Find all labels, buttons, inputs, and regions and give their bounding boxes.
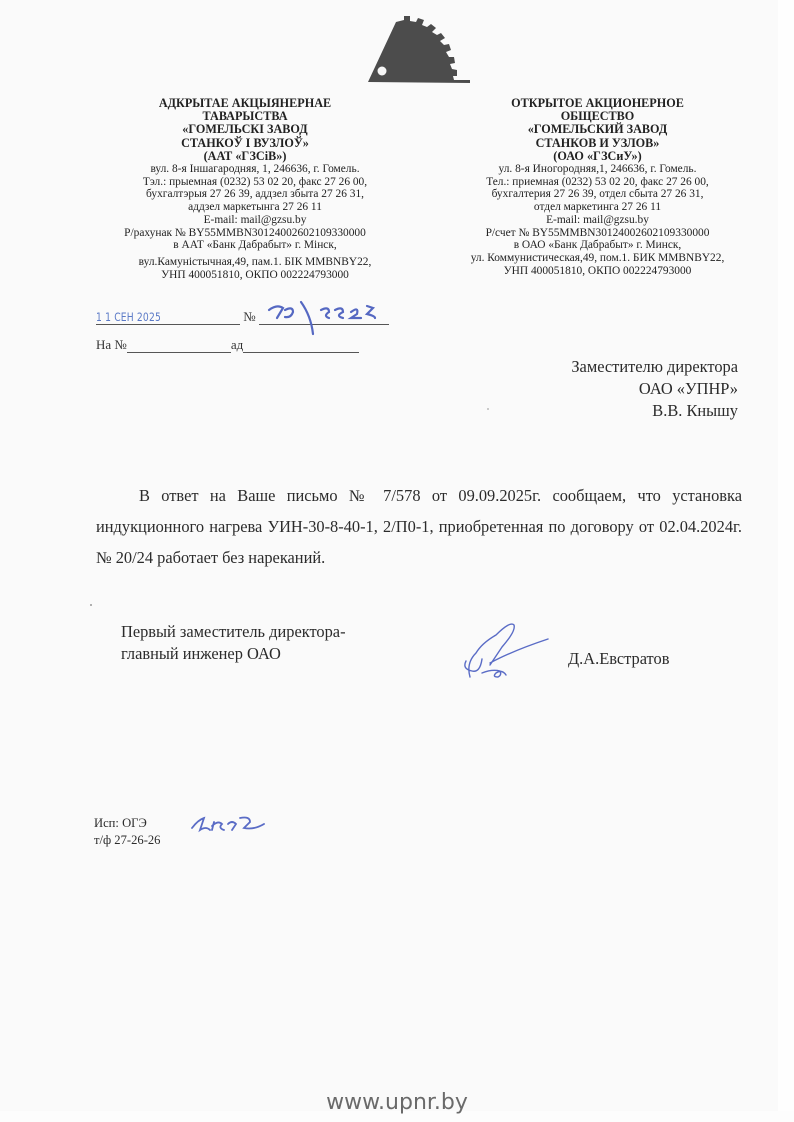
signer-name: Д.А.Евстратов (568, 649, 669, 669)
addressee-block: Заместителю директора ОАО «УПНР» В.В. Кн… (571, 356, 738, 422)
org-bank-address: ул. Коммунистическая,49, пом.1. БИК MMBN… (425, 252, 770, 265)
company-logo-icon (360, 14, 480, 89)
signer-title-line: Первый заместитель директора- (121, 621, 346, 643)
org-ids: УНП 400051810, ОКПО 002224793000 (425, 265, 770, 278)
outgoing-reference: 1 1 СЕН 2025 № (96, 309, 389, 325)
letterhead-russian: ОТКРЫТОЕ АКЦИОНЕРНОЕ ОБЩЕСТВО «ГОМЕЛЬСКИ… (425, 97, 770, 277)
executor-block: Исп: ОГЭ т/ф 27-26-26 (94, 815, 160, 849)
org-abbrev: (ОАО «ГЗСиУ») (425, 150, 770, 163)
org-marketing: отдел маркетинга 27 26 11 (425, 201, 770, 214)
executor-department: Исп: ОГЭ (94, 815, 160, 832)
reply-to-label: На № (96, 337, 127, 352)
handwritten-signature-icon (452, 613, 562, 683)
org-name-line: СТАНКОВ И УЗЛОВ» (425, 137, 770, 150)
org-bank: в ОАО «Банк Дабрабыт» г. Минск, (425, 239, 770, 252)
org-phone: Тел.: приемная (0232) 53 02 20, факс 27 … (425, 176, 770, 189)
handwritten-number-icon (263, 300, 403, 338)
org-accounting: бухгалтерия 27 26 39, отдел сбыта 27 26 … (425, 188, 770, 201)
org-email: E-mail: mail@gzsu.by (425, 214, 770, 227)
signer-title-line: главный инженер ОАО (121, 643, 346, 665)
reply-number-field (127, 338, 231, 353)
org-ids: УНП 400051810, ОКПО 002224793000 (90, 269, 420, 282)
org-name-line: «ГОМЕЛЬСКИЙ ЗАВОД (425, 123, 770, 136)
number-label: № (243, 309, 255, 324)
reply-date-field (243, 338, 359, 353)
org-name-line: СТАНКОЎ І ВУЗЛОЎ» (80, 137, 410, 150)
org-address: ул. 8-я Иногородняя,1, 246636, г. Гомель… (425, 163, 770, 176)
letterhead-belarusian: АДКРЫТАЕ АКЦЫЯНЕРНАЕ ТАВАРЫСТВА «ГОМЕЛЬС… (80, 97, 410, 281)
scan-speck (90, 604, 92, 606)
org-bank: в ААТ «Банк Дабрабыт» г. Мінск, (90, 239, 420, 252)
org-abbrev: (ААТ «ГЗСіВ») (80, 150, 410, 163)
addressee-position: Заместителю директора (571, 356, 738, 378)
from-label: ад (231, 337, 243, 352)
scan-edge (778, 0, 794, 1111)
letter-body: В ответ на Ваше письмо № 7/578 от 09.09.… (96, 480, 742, 573)
signer-title: Первый заместитель директора- главный ин… (121, 621, 346, 665)
org-marketing: аддзел маркетынга 27 26 11 (90, 201, 420, 214)
footer-website: www.upnr.by (0, 1090, 794, 1115)
org-bank-address: вул.Камуністычная,49, пам.1. БІК MMBNBY2… (90, 256, 420, 269)
addressee-name: В.В. Кнышу (571, 400, 738, 422)
org-email: E-mail: mail@gzsu.by (90, 214, 420, 227)
executor-phone: т/ф 27-26-26 (94, 832, 160, 849)
body-paragraph: В ответ на Ваше письмо № 7/578 от 09.09.… (96, 480, 742, 573)
org-accounting: бухгалтэрыя 27 26 39, аддзел збыта 27 26… (90, 188, 420, 201)
org-address: вул. 8-я Іншагародняя, 1, 246636, г. Гом… (90, 163, 420, 176)
handwritten-initials-icon (188, 808, 278, 838)
org-name-line: «ГОМЕЛЬСКІ ЗАВОД (80, 123, 410, 136)
addressee-organization: ОАО «УПНР» (571, 378, 738, 400)
date-stamp: 1 1 СЕН 2025 (96, 310, 161, 324)
org-account: Р/счет № BY55MMBN30124002602109330000 (425, 227, 770, 240)
scan-speck (487, 408, 489, 410)
org-phone: Тэл.: прыемная (0232) 53 02 20, факс 27 … (90, 176, 420, 189)
number-field (259, 310, 389, 325)
date-field: 1 1 СЕН 2025 (96, 310, 240, 325)
org-account: Р/рахунак № BY55MMBN30124002602109330000 (80, 227, 410, 240)
incoming-reference: На №ад (96, 337, 359, 353)
